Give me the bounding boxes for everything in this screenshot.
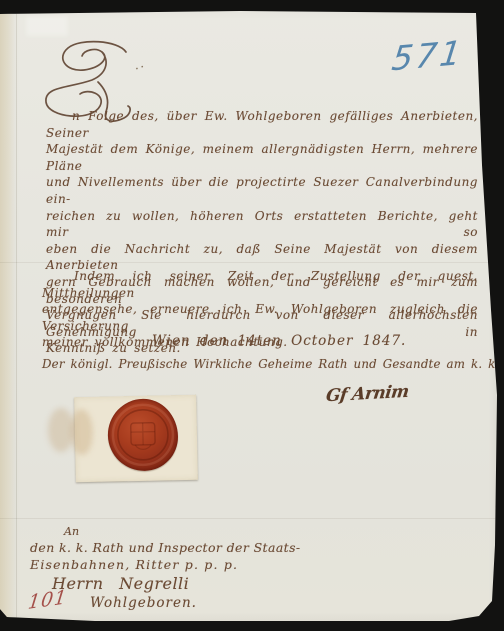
address-block: An den k. k. Rath und Inspector der Staa…	[30, 524, 301, 612]
body-line: und Nivellements über die projectirte Su…	[46, 174, 478, 207]
seal-emblem	[107, 398, 178, 471]
red-wax-seal	[107, 398, 178, 471]
letter-page: .. n Folge des, über Ew. Wohlgeboren gef…	[0, 0, 504, 631]
address-line-recipient: Herrn Negrelli	[52, 573, 301, 594]
scanned-letter-frame: .. n Folge des, über Ew. Wohlgeboren gef…	[0, 0, 504, 631]
signer-title: Der königl. Preußische Wirkliche Geheime…	[42, 357, 504, 371]
paper-edge-strip	[0, 12, 15, 623]
body-line: entgegensehe, erneuere ich Ew. Wohlgebor…	[42, 301, 478, 334]
address-line: Eisenbahnen, Ritter p. p. p.	[30, 556, 301, 573]
dateline: Wien den 14ten October 1847.	[152, 333, 406, 349]
signature: Gf Arnim	[325, 382, 410, 406]
body-line: Indem ich seiner Zeit der Zustellung der…	[42, 268, 478, 301]
folio-number-blue: 571	[390, 33, 467, 79]
horizontal-fold-line	[0, 518, 504, 519]
address-line: Wohlgeboren.	[90, 594, 301, 612]
body-line: reichen zu wollen, höheren Orts erstatte…	[46, 208, 478, 241]
vertical-fold-line	[16, 12, 17, 622]
paper-watermark-patch	[26, 16, 68, 36]
body-line: n Folge des, über Ew. Wohlgeboren gefäll…	[46, 108, 478, 141]
address-line: An	[64, 524, 301, 539]
seal-patch	[74, 395, 198, 483]
patch-stain	[70, 409, 93, 455]
address-line: den k. k. Rath und Inspector der Staats-	[30, 539, 301, 556]
body-line: Majestät dem Könige, meinem allergnädigs…	[46, 141, 478, 174]
